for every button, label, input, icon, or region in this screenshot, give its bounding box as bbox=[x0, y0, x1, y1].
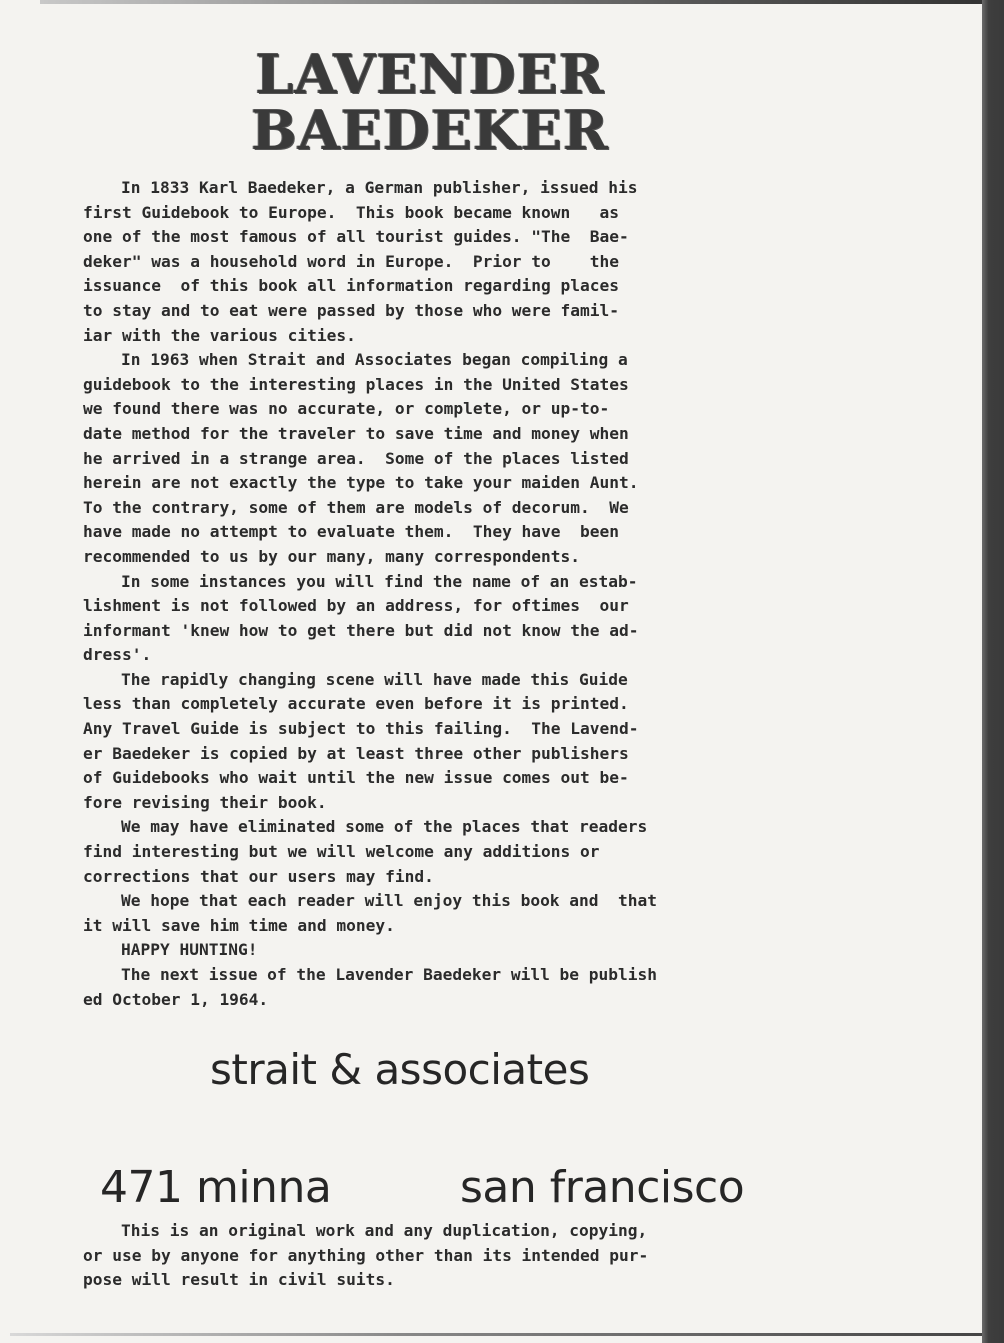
publisher-address: 471 minna bbox=[100, 1162, 331, 1213]
text-line: less than completely accurate even befor… bbox=[83, 692, 803, 717]
text-line: lishment is not followed by an address, … bbox=[83, 594, 803, 619]
text-line: We may have eliminated some of the place… bbox=[83, 815, 803, 840]
paragraph: The rapidly changing scene will have mad… bbox=[83, 668, 803, 816]
body-text: In 1833 Karl Baedeker, a German publishe… bbox=[83, 176, 803, 1012]
notice-line: or use by anyone for anything other than… bbox=[83, 1244, 803, 1269]
text-line: issuance of this book all information re… bbox=[83, 274, 803, 299]
text-line: date method for the traveler to save tim… bbox=[83, 422, 803, 447]
notice-line: This is an original work and any duplica… bbox=[83, 1219, 803, 1244]
text-line: herein are not exactly the type to take … bbox=[83, 471, 803, 496]
text-line: recommended to us by our many, many corr… bbox=[83, 545, 803, 570]
paragraph: We may have eliminated some of the place… bbox=[83, 815, 803, 889]
text-line: dress'. bbox=[83, 643, 803, 668]
page-right-edge-shadow bbox=[982, 0, 1004, 1343]
masthead-line-1: LAVENDER bbox=[205, 46, 655, 102]
text-line: To the contrary, some of them are models… bbox=[83, 496, 803, 521]
text-line: er Baedeker is copied by at least three … bbox=[83, 742, 803, 767]
text-line: fore revising their book. bbox=[83, 791, 803, 816]
publisher-city: san francisco bbox=[460, 1162, 744, 1213]
text-line: corrections that our users may find. bbox=[83, 865, 803, 890]
paragraph: In some instances you will find the name… bbox=[83, 570, 803, 668]
page-bottom-edge bbox=[10, 1333, 985, 1336]
masthead-title: LAVENDER BAEDEKER bbox=[205, 46, 655, 158]
text-line: Any Travel Guide is subject to this fail… bbox=[83, 717, 803, 742]
text-line: The rapidly changing scene will have mad… bbox=[83, 668, 803, 693]
paragraph: HAPPY HUNTING! bbox=[83, 938, 803, 963]
text-line: deker" was a household word in Europe. P… bbox=[83, 250, 803, 275]
page-top-edge bbox=[40, 0, 985, 4]
text-line: find interesting but we will welcome any… bbox=[83, 840, 803, 865]
paragraph: The next issue of the Lavender Baedeker … bbox=[83, 963, 803, 1012]
text-line: guidebook to the interesting places in t… bbox=[83, 373, 803, 398]
text-line: we found there was no accurate, or compl… bbox=[83, 397, 803, 422]
text-line: first Guidebook to Europe. This book bec… bbox=[83, 201, 803, 226]
notice-line: pose will result in civil suits. bbox=[83, 1268, 803, 1293]
text-line: of Guidebooks who wait until the new iss… bbox=[83, 766, 803, 791]
copyright-notice: This is an original work and any duplica… bbox=[83, 1219, 803, 1293]
text-line: iar with the various cities. bbox=[83, 324, 803, 349]
text-line: one of the most famous of all tourist gu… bbox=[83, 225, 803, 250]
text-line: he arrived in a strange area. Some of th… bbox=[83, 447, 803, 472]
text-line: In some instances you will find the name… bbox=[83, 570, 803, 595]
publisher-name: strait & associates bbox=[210, 1045, 589, 1094]
text-line: In 1963 when Strait and Associates began… bbox=[83, 348, 803, 373]
paragraph: We hope that each reader will enjoy this… bbox=[83, 889, 803, 938]
text-line: We hope that each reader will enjoy this… bbox=[83, 889, 803, 914]
text-line: have made no attempt to evaluate them. T… bbox=[83, 520, 803, 545]
text-line: informant 'knew how to get there but did… bbox=[83, 619, 803, 644]
masthead-line-2: BAEDEKER bbox=[205, 102, 655, 158]
paragraph: In 1963 when Strait and Associates began… bbox=[83, 348, 803, 569]
paragraph: In 1833 Karl Baedeker, a German publishe… bbox=[83, 176, 803, 348]
text-line: HAPPY HUNTING! bbox=[83, 938, 803, 963]
text-line: it will save him time and money. bbox=[83, 914, 803, 939]
text-line: In 1833 Karl Baedeker, a German publishe… bbox=[83, 176, 803, 201]
text-line: The next issue of the Lavender Baedeker … bbox=[83, 963, 803, 988]
text-line: ed October 1, 1964. bbox=[83, 988, 803, 1013]
text-line: to stay and to eat were passed by those … bbox=[83, 299, 803, 324]
document-page: LAVENDER BAEDEKER In 1833 Karl Baedeker,… bbox=[0, 0, 980, 1343]
